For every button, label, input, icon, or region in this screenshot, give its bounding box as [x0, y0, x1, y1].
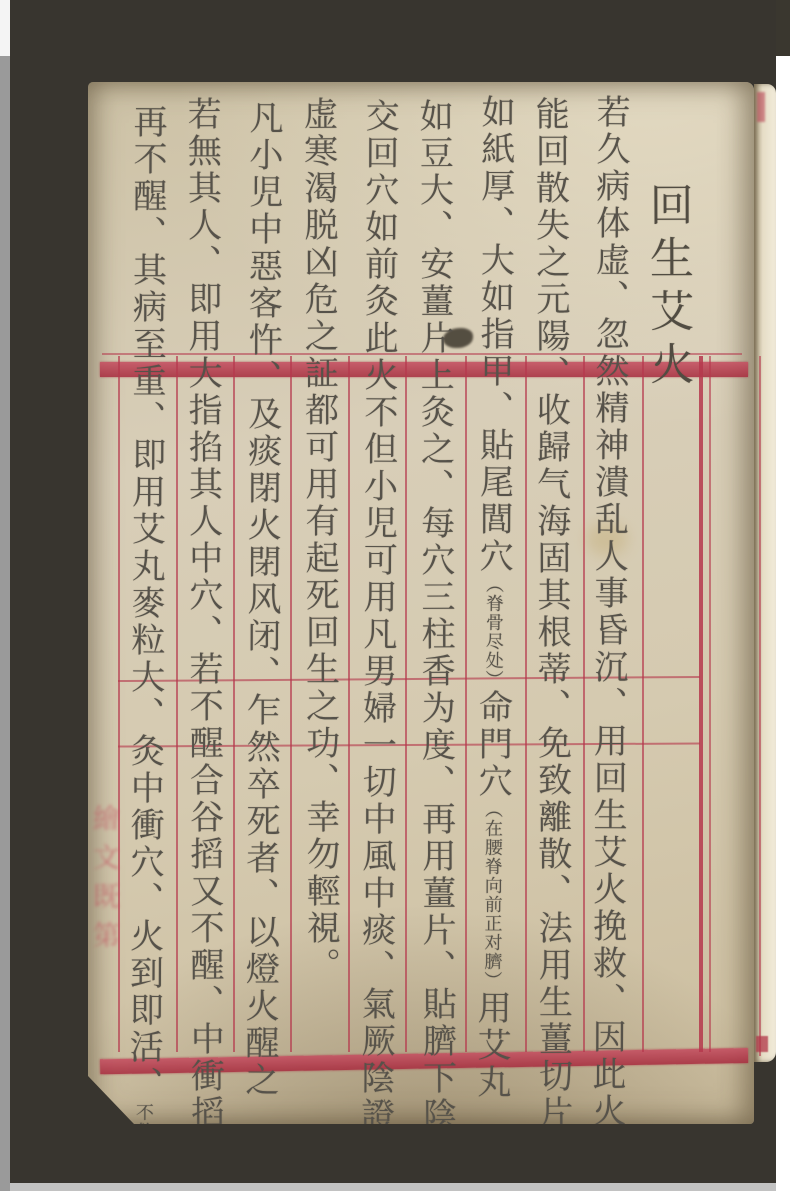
text-column-6: 虚寒渴脱凶危之証都可用有起死回生之功、幸勿輕視。: [300, 96, 337, 984]
text-column-7-segment-0: 凡小児中惡客忤、及痰閉火閉风闭、乍然卒死者、以燈火醒之: [239, 100, 283, 1099]
text-column-3-segment-0: 如紙厚、大如指甲、貼尾閭穴: [473, 94, 515, 575]
text-column-3-segment-3: （在腰脊向前正对臍）: [481, 800, 503, 990]
text-column-4: 如豆大、安薑片上灸之、每穴三柱香为度、再用薑片、貼臍下陰: [416, 98, 454, 1134]
grid-column-rule: [290, 356, 292, 1052]
grid-column-rule: [405, 356, 407, 1052]
photo-backdrop-corner: [776, 0, 790, 56]
grid-column-rule: [176, 356, 178, 1052]
title-column-segment-0: 回生艾火: [642, 182, 694, 394]
text-column-3-segment-1: （脊骨尽处）: [483, 575, 504, 689]
text-column-3-segment-4: 用艾丸: [471, 990, 511, 1101]
text-column-7: 凡小児中惡客忤、及痰閉火閉风闭、乍然卒死者、以燈火醒之: [242, 100, 280, 1099]
adjacent-folio-edge: [754, 84, 776, 1062]
grid-column-rule: [465, 356, 467, 1052]
text-column-4-segment-0: 如豆大、安薑片上灸之、每穴三柱香为度、再用薑片、貼臍下陰: [413, 98, 457, 1134]
title-column: 回生艾火: [645, 182, 690, 394]
text-column-8: 若無其人、即用大指掐其人中穴、若不醒合谷搯又不醒、中衝搯不醒即: [184, 96, 222, 1189]
text-column-8-segment-0: 若無其人、即用大指掐其人中穴、若不醒合谷搯又不醒、中衝搯: [181, 96, 225, 1132]
grid-column-rule: [583, 356, 585, 1052]
grid-column-rule: [525, 356, 527, 1052]
grid-column-rule: [348, 356, 350, 1052]
grid-right-frame-thin: [709, 356, 711, 1052]
scan-edge-strip-bottom: [10, 1183, 776, 1191]
text-column-5-segment-0: 交回穴如前灸此火不但小児可用凡男婦一切中風中痰、氣厥陰證: [355, 98, 400, 1134]
text-column-9: 再不醒、其病至重、即用艾丸麥粒大、灸中衝穴、火到即活、不救、: [126, 104, 165, 1160]
text-column-2-segment-0: 能回散失之元陽、收歸气海固其根蒂、免致離散、法用生薑切片: [529, 96, 573, 1132]
text-column-5: 交回穴如前灸此火不但小児可用凡男婦一切中風中痰、氣厥陰證: [358, 98, 397, 1134]
adjacent-folio-red-mark-top: [757, 92, 765, 122]
text-column-1: 若久病体虚、忽然精神潰乱人事昏沉、用回生艾火挽救、因此火: [589, 94, 628, 1130]
text-column-2: 能回散失之元陽、收歸气海固其根蒂、免致離散、法用生薑切片: [532, 96, 570, 1132]
text-column-1-segment-0: 若久病体虚、忽然精神潰乱人事昏沉、用回生艾火挽救、因此火: [586, 94, 631, 1130]
adjacent-folio-red-rule: [759, 356, 761, 1056]
text-column-9-segment-0: 再不醒、其病至重、即用艾丸麥粒大、灸中衝穴、火到即活、: [123, 104, 167, 1103]
grid-column-rule: [233, 356, 235, 1052]
grid-column-rule: [642, 356, 644, 1052]
scan-edge-strip-left: [0, 56, 10, 1191]
red-showthrough-marks: 繪文既第: [84, 804, 123, 960]
scan-corner-top-left: [0, 0, 10, 56]
manuscript-page: 繪文既第 回生艾火若久病体虚、忽然精神潰乱人事昏沉、用回生艾火挽救、因此火能回散…: [88, 82, 754, 1124]
text-column-6-segment-0: 虚寒渴脱凶危之証都可用有起死回生之功、幸勿輕視。: [297, 96, 340, 984]
grid-right-frame-thick: [699, 356, 703, 1052]
adjacent-folio-red-mark-bottom: [756, 1036, 768, 1052]
text-column-3: 如紙厚、大如指甲、貼尾閭穴（脊骨尽处）命門穴（在腰脊向前正对臍）用艾丸: [474, 94, 512, 1101]
text-column-3-segment-2: 命門穴: [472, 689, 512, 800]
